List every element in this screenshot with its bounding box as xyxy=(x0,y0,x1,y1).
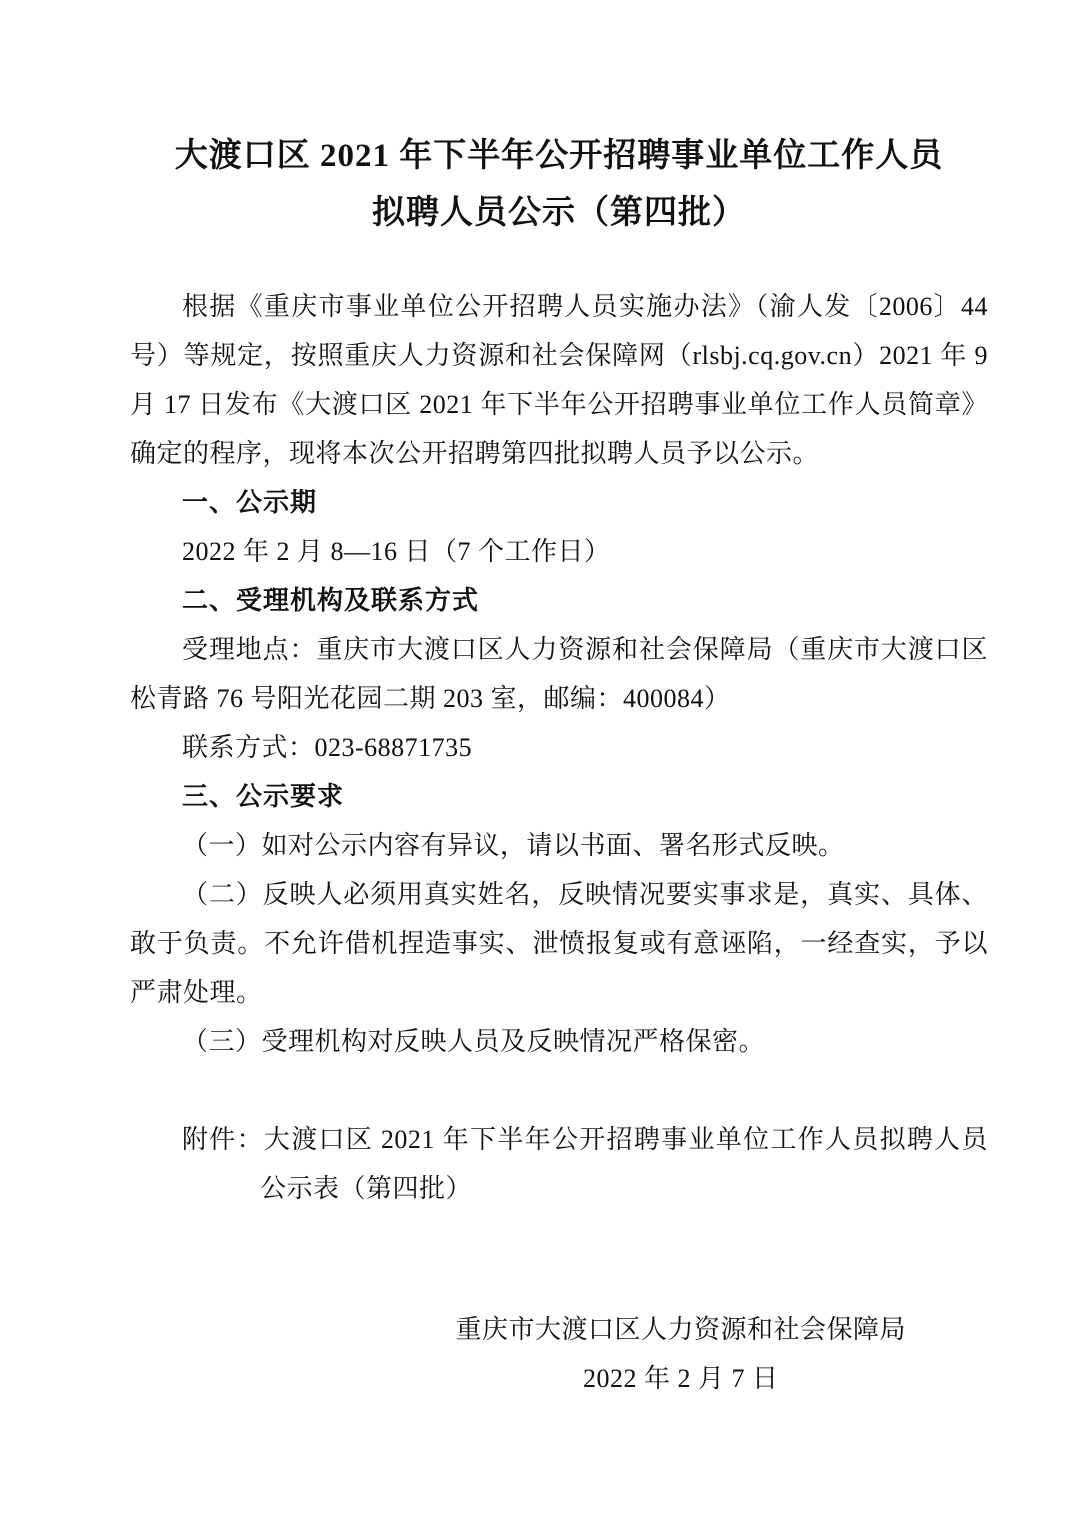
document-page: 大渡口区 2021 年下半年公开招聘事业单位工作人员 拟聘人员公示（第四批） 根… xyxy=(0,0,1074,1520)
section-3-item-3: （三）受理机构对反映人员及反映情况严格保密。 xyxy=(130,1017,988,1066)
section-3-item-1: （一）如对公示内容有异议，请以书面、署名形式反映。 xyxy=(130,821,988,870)
signature-organization: 重庆市大渡口区人力资源和社会保障局 xyxy=(455,1305,906,1354)
section-1-paragraph: 2022 年 2 月 8—16 日（7 个工作日） xyxy=(130,527,988,576)
intro-paragraph: 根据《重庆市事业单位公开招聘人员实施办法》（渝人发〔2006〕44 号）等规定，… xyxy=(130,282,988,478)
document-title-line1: 大渡口区 2021 年下半年公开招聘事业单位工作人员 xyxy=(130,128,988,185)
attachment-text: 大渡口区 2021 年下半年公开招聘事业单位工作人员拟聘人员公示表（第四批） xyxy=(260,1125,988,1203)
signature-date: 2022 年 2 月 7 日 xyxy=(455,1354,906,1403)
section-2-heading: 二、受理机构及联系方式 xyxy=(130,576,988,625)
section-1-heading: 一、公示期 xyxy=(130,478,988,527)
document-title-line2: 拟聘人员公示（第四批） xyxy=(130,185,988,242)
document-content: 大渡口区 2021 年下半年公开招聘事业单位工作人员 拟聘人员公示（第四批） 根… xyxy=(130,128,988,1403)
section-3-item-2: （二）反映人必须用真实姓名，反映情况要实事求是，真实、具体、敢于负责。不允许借机… xyxy=(130,870,988,1017)
attachment-line: 附件：大渡口区 2021 年下半年公开招聘事业单位工作人员拟聘人员公示表（第四批… xyxy=(260,1115,988,1213)
attachment-label: 附件： xyxy=(182,1125,264,1154)
document-title: 大渡口区 2021 年下半年公开招聘事业单位工作人员 拟聘人员公示（第四批） xyxy=(130,128,988,242)
signature-block: 重庆市大渡口区人力资源和社会保障局 2022 年 2 月 7 日 xyxy=(455,1305,906,1403)
section-3-heading: 三、公示要求 xyxy=(130,772,988,821)
section-2-paragraph-contact: 联系方式：023-68871735 xyxy=(130,723,988,772)
section-2-paragraph-address: 受理地点：重庆市大渡口区人力资源和社会保障局（重庆市大渡口区松青路 76 号阳光… xyxy=(130,625,988,723)
